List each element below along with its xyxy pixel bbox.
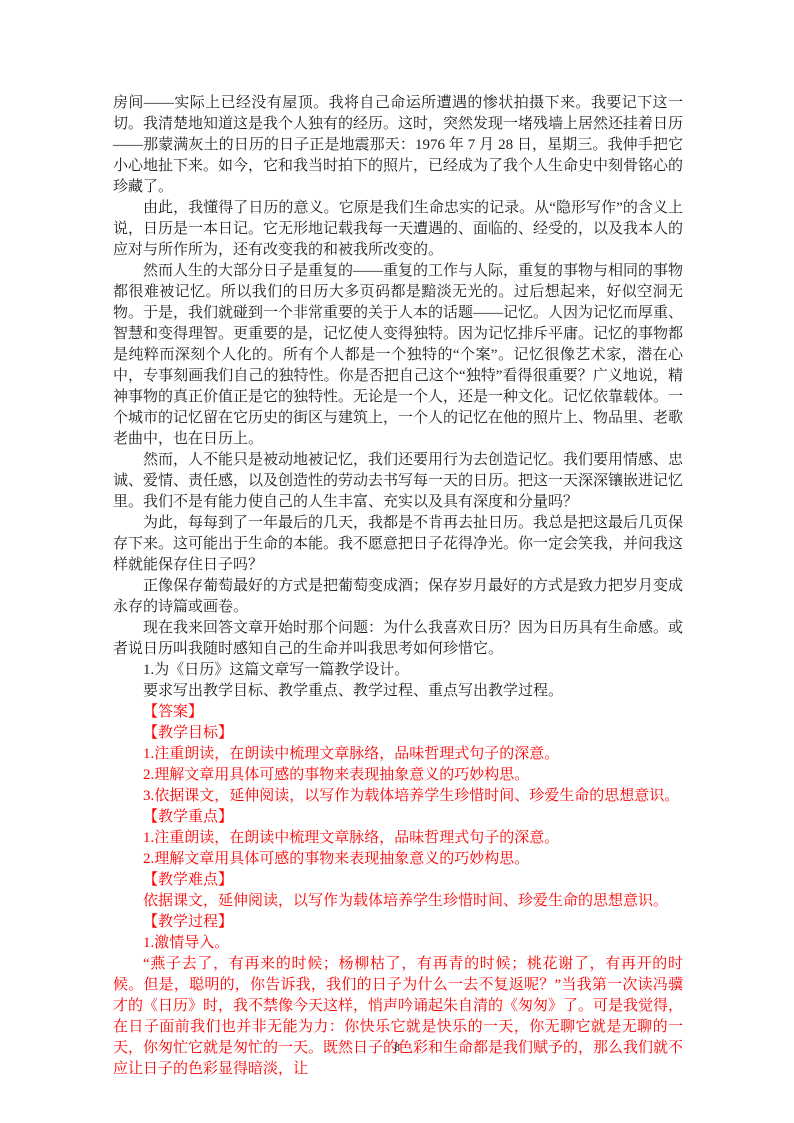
- body-paragraph: 为此，每每到了一年最后的几天，我都是不肯再去扯日历。我总是把这最后几页保存下来。…: [113, 513, 683, 576]
- answer-paragraph: 【答案】: [113, 702, 683, 723]
- page-footer: 8: [0, 1038, 794, 1056]
- body-paragraph: 1.为《日历》这篇文章写一篇教学设计。: [113, 660, 683, 681]
- answer-paragraph: 【教学难点】: [113, 870, 683, 891]
- answer-paragraph: 1.注重朗读，在朗读中梳理文章脉络，品味哲理式句子的深意。: [113, 828, 683, 849]
- answer-paragraph: 依据课文，延伸阅读，以写作为载体培养学生珍惜时间、珍爱生命的思想意识。: [113, 891, 683, 912]
- answer-paragraph: “燕子去了，有再来的时候；杨柳枯了，有再青的时候；桃花谢了，有再开的时候。但是，…: [113, 954, 683, 1080]
- answer-paragraph: 【教学重点】: [113, 807, 683, 828]
- answer-paragraph: 【教学目标】: [113, 723, 683, 744]
- answer-paragraph: 2.理解文章用具体可感的事物来表现抽象意义的巧妙构思。: [113, 765, 683, 786]
- body-paragraph: 由此，我懂得了日历的意义。它原是我们生命忠实的记录。从“隐形写作”的含义上说，日…: [113, 198, 683, 261]
- body-paragraph: 要求写出教学目标、教学重点、教学过程、重点写出教学过程。: [113, 681, 683, 702]
- document-page: 房间——实际上已经没有屋顶。我将自己命运所遭遇的惨状拍摄下来。我要记下这一切。我…: [0, 0, 794, 1123]
- answer-paragraph: 1.激情导入。: [113, 933, 683, 954]
- answer-paragraph: 2.理解文章用具体可感的事物来表现抽象意义的巧妙构思。: [113, 849, 683, 870]
- body-paragraph: 然而人生的大部分日子是重复的——重复的工作与人际，重复的事物与相同的事物都很难被…: [113, 261, 683, 450]
- document-body: 房间——实际上已经没有屋顶。我将自己命运所遭遇的惨状拍摄下来。我要记下这一切。我…: [113, 93, 683, 1080]
- body-paragraph: 房间——实际上已经没有屋顶。我将自己命运所遭遇的惨状拍摄下来。我要记下这一切。我…: [113, 93, 683, 198]
- body-paragraph: 然而，人不能只是被动地被记忆，我们还要用行为去创造记忆。我们要用情感、忠诚、爱情…: [113, 450, 683, 513]
- answer-paragraph: 1.注重朗读，在朗读中梳理文章脉络，品味哲理式句子的深意。: [113, 744, 683, 765]
- page-number: 8: [394, 1040, 400, 1054]
- answer-paragraph: 【教学过程】: [113, 912, 683, 933]
- body-paragraph: 正像保存葡萄最好的方式是把葡萄变成酒；保存岁月最好的方式是致力把岁月变成永存的诗…: [113, 576, 683, 618]
- body-paragraph: 现在我来回答文章开始时那个问题：为什么我喜欢日历？因为日历具有生命感。或者说日历…: [113, 618, 683, 660]
- answer-paragraph: 3.依据课文，延伸阅读，以写作为载体培养学生珍惜时间、珍爱生命的思想意识。: [113, 786, 683, 807]
